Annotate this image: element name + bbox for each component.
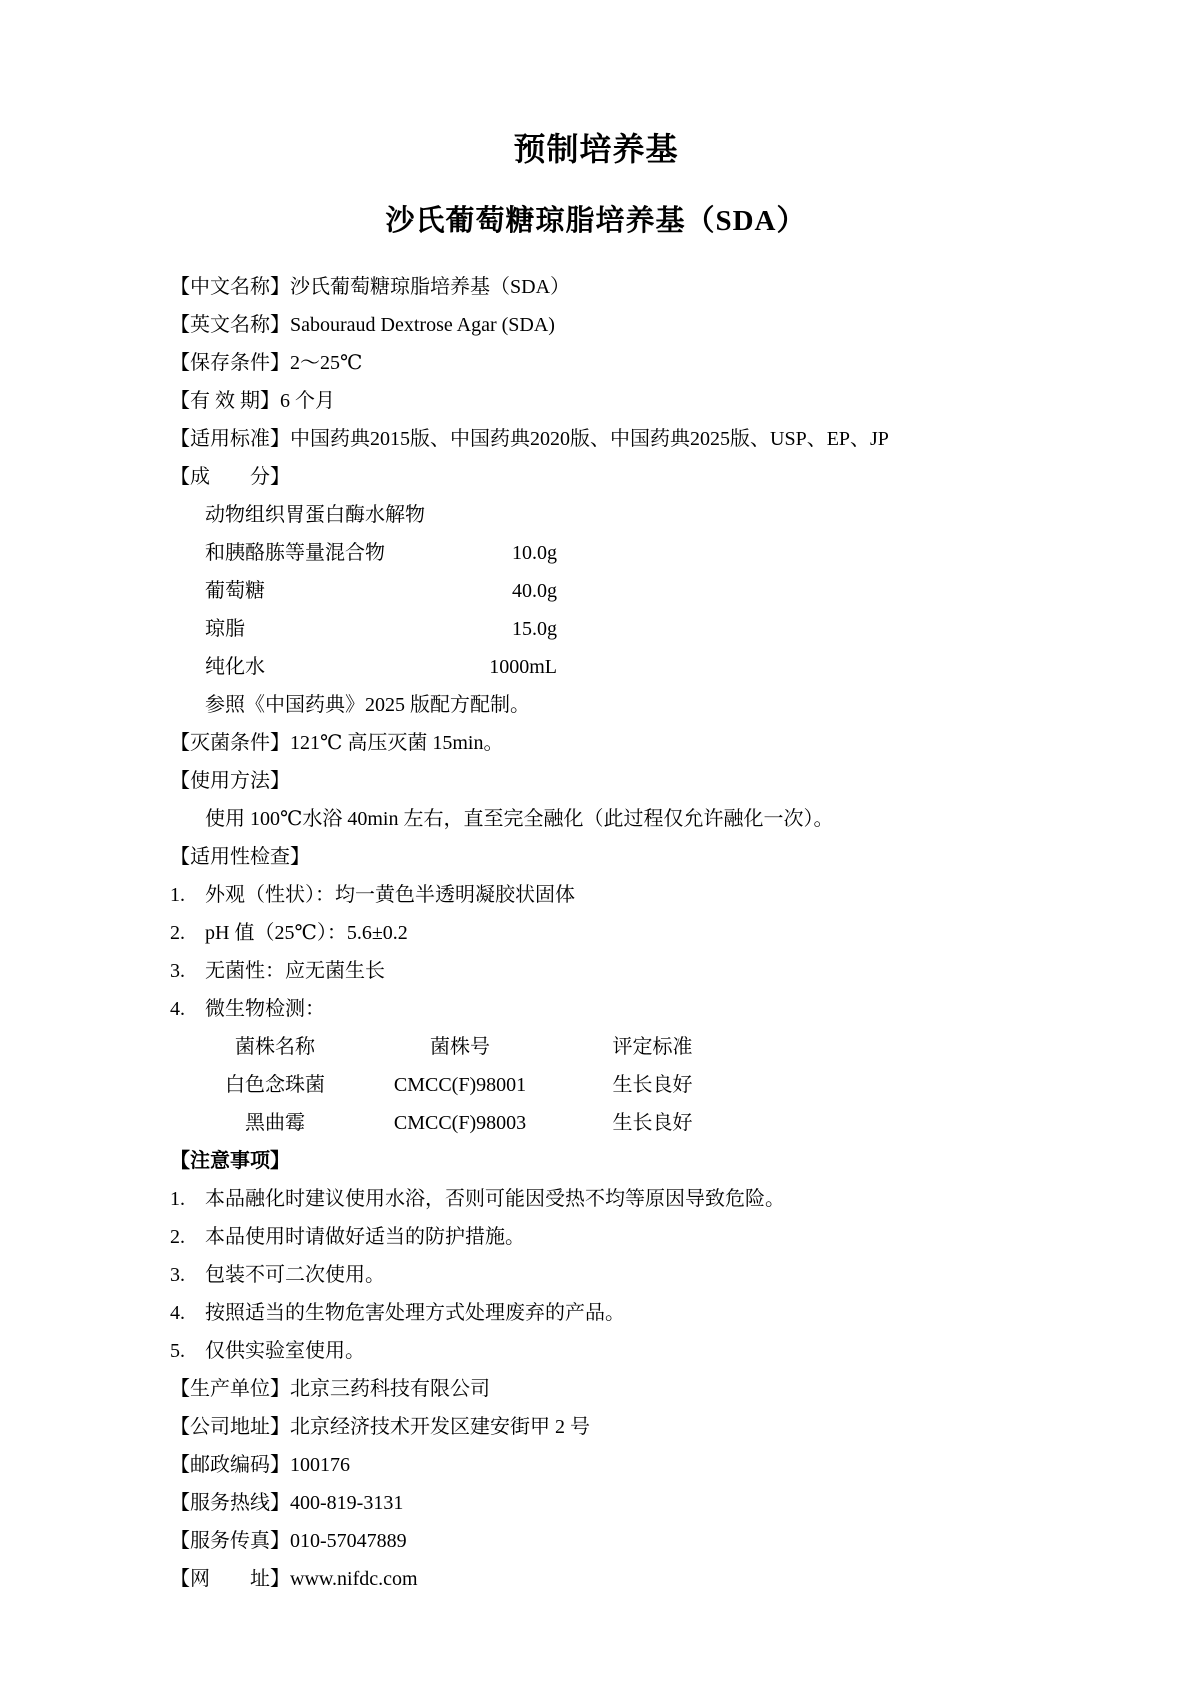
note-item: 3.包装不可二次使用。 <box>170 1256 1022 1294</box>
item-text: 包装不可二次使用。 <box>205 1256 385 1294</box>
notes-heading: 【注意事项】 <box>170 1142 1022 1180</box>
note-item: 1.本品融化时建议使用水浴，否则可能因受热不均等原因导致危险。 <box>170 1180 1022 1218</box>
field-label: 【英文名称】 <box>170 314 290 336</box>
document-page: 预制培养基 沙氏葡萄糖琼脂培养基（SDA） 【中文名称】沙氏葡萄糖琼脂培养基（S… <box>0 0 1190 1683</box>
section-label: 【注意事项】 <box>170 1150 290 1172</box>
strain-name-cell: 白色念珠菌 <box>205 1066 345 1104</box>
item-text: pH 值（25℃）：5.6±0.2 <box>205 914 408 952</box>
composition-row: 动物组织胃蛋白酶水解物 <box>205 496 557 534</box>
ingredient-amount: 1000mL <box>489 648 557 686</box>
ingredient-name: 动物组织胃蛋白酶水解物 <box>205 496 425 534</box>
field-label: 【公司地址】 <box>170 1416 290 1438</box>
field-postal-code: 【邮政编码】100176 <box>170 1446 1022 1484</box>
item-text: 仅供实验室使用。 <box>205 1332 365 1370</box>
field-service-hotline: 【服务热线】400-819-3131 <box>170 1484 1022 1522</box>
criterion-cell: 生长良好 <box>575 1066 730 1104</box>
column-header-strain-name: 菌株名称 <box>205 1028 345 1066</box>
table-row: 黑曲霉 CMCC(F)98003 生长良好 <box>205 1104 1022 1142</box>
field-value: 北京经济技术开发区建安街甲 2 号 <box>290 1416 590 1438</box>
field-label: 【服务传真】 <box>170 1530 290 1552</box>
field-chinese-name: 【中文名称】沙氏葡萄糖琼脂培养基（SDA） <box>170 268 1022 306</box>
strain-number-cell: CMCC(F)98001 <box>345 1066 575 1104</box>
section-label: 【成 分】 <box>170 466 290 488</box>
item-number: 4. <box>170 1294 205 1332</box>
field-value: 121℃ 高压灭菌 15min。 <box>290 732 504 754</box>
field-english-name: 【英文名称】Sabouraud Dextrose Agar (SDA) <box>170 306 1022 344</box>
composition-row: 纯化水1000mL <box>205 648 557 686</box>
strain-number-cell: CMCC(F)98003 <box>345 1104 575 1142</box>
section-label: 【使用方法】 <box>170 770 290 792</box>
composition-row: 葡萄糖40.0g <box>205 572 557 610</box>
item-number: 1. <box>170 876 205 914</box>
suitability-item: 3.无菌性：应无菌生长 <box>170 952 1022 990</box>
page-subtitle: 沙氏葡萄糖琼脂培养基（SDA） <box>170 200 1022 242</box>
suitability-item: 4.微生物检测： <box>170 990 1022 1028</box>
criterion-cell: 生长良好 <box>575 1104 730 1142</box>
strain-table: 菌株名称 菌株号 评定标准 白色念珠菌 CMCC(F)98001 生长良好 黑曲… <box>205 1028 1022 1142</box>
document-body: 【中文名称】沙氏葡萄糖琼脂培养基（SDA） 【英文名称】Sabouraud De… <box>170 268 1022 1598</box>
note-item: 5.仅供实验室使用。 <box>170 1332 1022 1370</box>
ingredient-amount: 40.0g <box>512 572 557 610</box>
ingredient-amount: 15.0g <box>512 610 557 648</box>
ingredient-amount: 10.0g <box>512 534 557 572</box>
field-label: 【有 效 期】 <box>170 390 280 412</box>
page-title: 预制培养基 <box>170 128 1022 170</box>
field-value: 010-57047889 <box>290 1530 407 1552</box>
suitability-item: 2.pH 值（25℃）：5.6±0.2 <box>170 914 1022 952</box>
field-value: 400-819-3131 <box>290 1492 403 1514</box>
usage-text: 使用 100℃水浴 40min 左右，直至完全融化（此过程仅允许融化一次）。 <box>205 800 1022 838</box>
field-label: 【灭菌条件】 <box>170 732 290 754</box>
column-header-criterion: 评定标准 <box>575 1028 730 1066</box>
field-value: 2～25℃ <box>290 352 362 374</box>
composition-heading: 【成 分】 <box>170 458 1022 496</box>
strain-table-header-row: 菌株名称 菌株号 评定标准 <box>205 1028 1022 1066</box>
field-sterilization-condition: 【灭菌条件】121℃ 高压灭菌 15min。 <box>170 724 1022 762</box>
composition-row: 琼脂15.0g <box>205 610 557 648</box>
field-service-fax: 【服务传真】010-57047889 <box>170 1522 1022 1560</box>
item-text: 本品融化时建议使用水浴，否则可能因受热不均等原因导致危险。 <box>205 1180 785 1218</box>
note-item: 4.按照适当的生物危害处理方式处理废弃的产品。 <box>170 1294 1022 1332</box>
field-applicable-standards: 【适用标准】中国药典2015版、中国药典2020版、中国药典2025版、USP、… <box>170 420 1022 458</box>
field-label: 【保存条件】 <box>170 352 290 374</box>
field-label: 【生产单位】 <box>170 1378 290 1400</box>
field-value: Sabouraud Dextrose Agar (SDA) <box>290 314 555 336</box>
website-url: www.nifdc.com <box>290 1568 418 1590</box>
item-text: 无菌性：应无菌生长 <box>205 952 385 990</box>
ingredient-name: 琼脂 <box>205 610 245 648</box>
item-text: 微生物检测： <box>205 990 325 1028</box>
item-number: 2. <box>170 1218 205 1256</box>
field-company-address: 【公司地址】北京经济技术开发区建安街甲 2 号 <box>170 1408 1022 1446</box>
section-label: 【适用性检查】 <box>170 846 310 868</box>
field-storage-condition: 【保存条件】2～25℃ <box>170 344 1022 382</box>
field-value: 中国药典2015版、中国药典2020版、中国药典2025版、USP、EP、JP <box>290 428 889 450</box>
item-text: 外观（性状）：均一黄色半透明凝胶状固体 <box>205 876 575 914</box>
column-header-strain-number: 菌株号 <box>345 1028 575 1066</box>
field-manufacturer: 【生产单位】北京三药科技有限公司 <box>170 1370 1022 1408</box>
field-shelf-life: 【有 效 期】6 个月 <box>170 382 1022 420</box>
strain-name-cell: 黑曲霉 <box>205 1104 345 1142</box>
field-label: 【服务热线】 <box>170 1492 290 1514</box>
item-text: 按照适当的生物危害处理方式处理废弃的产品。 <box>205 1294 625 1332</box>
item-number: 2. <box>170 914 205 952</box>
item-number: 3. <box>170 952 205 990</box>
field-website: 【网 址】www.nifdc.com <box>170 1560 1022 1598</box>
field-value: 6 个月 <box>280 390 335 412</box>
item-number: 4. <box>170 990 205 1028</box>
ingredient-name: 和胰酪胨等量混合物 <box>205 534 385 572</box>
usage-heading: 【使用方法】 <box>170 762 1022 800</box>
item-number: 1. <box>170 1180 205 1218</box>
field-value: 沙氏葡萄糖琼脂培养基（SDA） <box>290 276 570 298</box>
item-number: 3. <box>170 1256 205 1294</box>
field-label: 【适用标准】 <box>170 428 290 450</box>
ingredient-name: 葡萄糖 <box>205 572 265 610</box>
suitability-item: 1.外观（性状）：均一黄色半透明凝胶状固体 <box>170 876 1022 914</box>
field-label: 【中文名称】 <box>170 276 290 298</box>
composition-row: 和胰酪胨等量混合物10.0g <box>205 534 557 572</box>
suitability-heading: 【适用性检查】 <box>170 838 1022 876</box>
table-row: 白色念珠菌 CMCC(F)98001 生长良好 <box>205 1066 1022 1104</box>
field-label: 【邮政编码】 <box>170 1454 290 1476</box>
note-item: 2.本品使用时请做好适当的防护措施。 <box>170 1218 1022 1256</box>
ingredient-name: 纯化水 <box>205 648 265 686</box>
field-value: 北京三药科技有限公司 <box>290 1378 490 1400</box>
field-value: 100176 <box>290 1454 350 1476</box>
field-label: 【网 址】 <box>170 1568 290 1590</box>
item-number: 5. <box>170 1332 205 1370</box>
composition-note: 参照《中国药典》2025 版配方配制。 <box>205 686 1022 724</box>
item-text: 本品使用时请做好适当的防护措施。 <box>205 1218 525 1256</box>
